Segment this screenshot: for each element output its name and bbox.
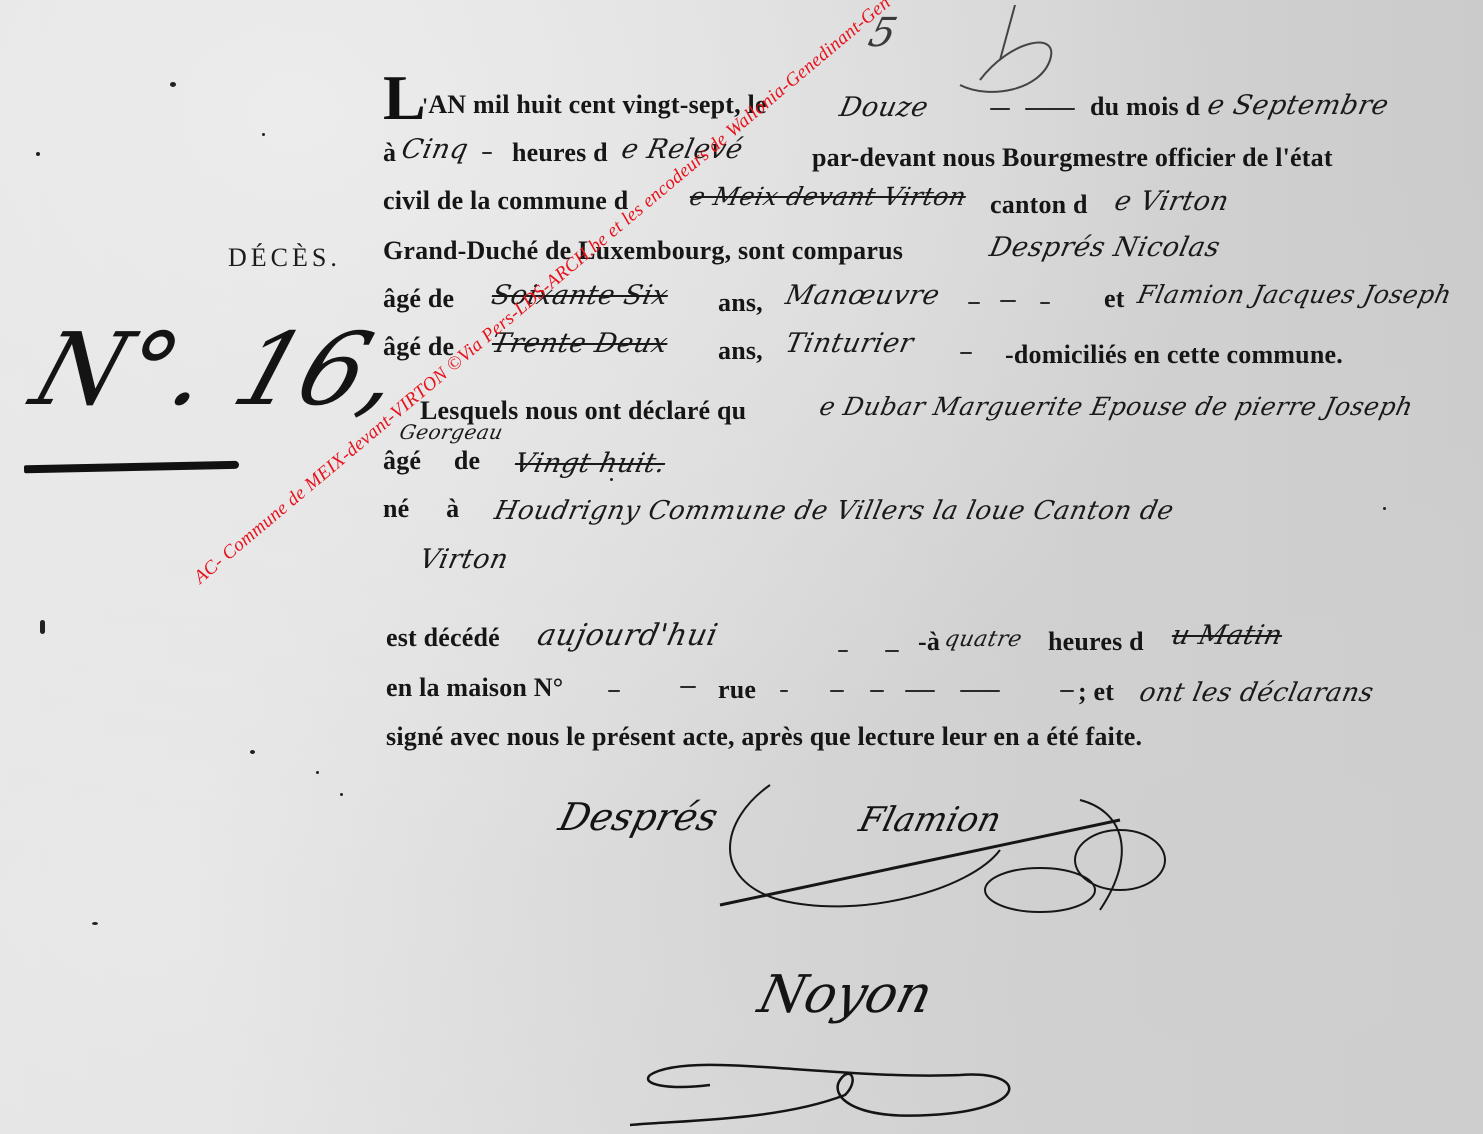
- blank-dash: [960, 690, 1000, 692]
- blank-dash: [830, 690, 844, 692]
- printed-text: rue: [718, 675, 756, 705]
- printed-text: par-devant nous Bourgmestre officier de …: [812, 143, 1333, 173]
- handwritten-witness-1: Després Nicolas: [987, 232, 1223, 263]
- paper-speck: [316, 771, 319, 774]
- printed-text: heures d: [512, 138, 608, 168]
- handwritten-occupation-2: Tinturier: [783, 328, 917, 359]
- paper-speck: [92, 922, 98, 925]
- printed-text: 'AN mil huit cent vingt-sept, le: [422, 90, 767, 120]
- handwritten-surname-continuation: Georgeau: [397, 420, 505, 444]
- printed-text: âgé de: [383, 284, 454, 314]
- acte-number: N°. 16,: [19, 310, 418, 430]
- handwritten-hour: Cinq: [399, 134, 472, 165]
- blank-dash: [885, 650, 899, 652]
- paper-speck: [36, 152, 40, 156]
- handwritten-month: e Septembre: [1205, 90, 1392, 121]
- blank-dash: [870, 690, 884, 692]
- printed-text: -domiciliés en cette commune.: [1005, 340, 1343, 370]
- blank-dash: [1060, 690, 1074, 692]
- printed-text: Grand-Duché de Luxembourg, sont comparus: [383, 236, 903, 266]
- printed-text: né à: [383, 494, 459, 524]
- handwritten-birthplace-continuation: Virton: [417, 544, 512, 575]
- section-label: DÉCÈS.: [228, 243, 341, 273]
- printed-text: ; et: [1078, 677, 1114, 707]
- printed-text: heures d: [1048, 627, 1144, 657]
- printed-text: à: [383, 138, 396, 168]
- printed-text: signé avec nous le présent acte, après q…: [386, 722, 1142, 752]
- handwritten-commune: e Meix devant Virton: [687, 182, 969, 211]
- paper-speck: [250, 750, 255, 754]
- blank-dash: [1025, 108, 1075, 110]
- blank-dash: [960, 352, 972, 354]
- signature-noyon: Noyon: [753, 965, 939, 1025]
- blank-dash: [1040, 302, 1050, 304]
- margin-flourish-mark: [920, 0, 1080, 110]
- blank-dash: [680, 686, 696, 688]
- blank-dash: [482, 152, 492, 154]
- dropcap-letter: L: [383, 70, 426, 126]
- printed-text: ans,: [718, 336, 763, 366]
- printed-text: en la maison N°: [386, 673, 563, 703]
- handwritten-occupation-1: Manœuvre: [783, 280, 943, 311]
- printed-text: -à: [918, 627, 940, 657]
- handwritten-deceased-name: e Dubar Marguerite Epouse de pierre Jose…: [817, 392, 1416, 421]
- paper-speck: [262, 133, 265, 136]
- printed-text: est décédé: [386, 623, 500, 653]
- printed-text: canton d: [990, 190, 1088, 220]
- handwritten-day: Douze: [837, 92, 932, 123]
- acte-number-underline: [24, 461, 239, 474]
- handwritten-deceased-age: Vingt huit.: [512, 448, 669, 479]
- paper-speck: [1383, 507, 1386, 510]
- printed-text: ans,: [718, 288, 763, 318]
- paper-speck: [170, 82, 176, 87]
- blank-dash: [1000, 300, 1016, 302]
- handwritten-death-hour: quatre: [942, 627, 1024, 652]
- printed-text: âgé de: [383, 446, 480, 476]
- printed-text: et: [1104, 284, 1125, 314]
- blank-dash: [905, 690, 935, 692]
- blank-dash: [608, 690, 620, 692]
- paper-speck: [340, 793, 343, 796]
- signature-flourish-noyon: [630, 1050, 1050, 1130]
- blank-dash: [780, 690, 788, 692]
- blank-dash: [968, 302, 980, 304]
- paper-speck: [40, 620, 45, 634]
- blank-dash: [990, 108, 1010, 110]
- printed-text: du mois d: [1090, 92, 1200, 122]
- printed-text: civil de la commune d: [383, 186, 628, 216]
- signature-flourish-flamion: [700, 780, 1160, 930]
- handwritten-death-day: aujourd'hui: [534, 618, 721, 653]
- signature-despres: Després: [555, 795, 723, 839]
- handwritten-declarants: ont les déclarans: [1137, 678, 1377, 708]
- handwritten-death-period: u Matin: [1169, 620, 1286, 651]
- handwritten-canton: e Virton: [1112, 186, 1232, 217]
- handwritten-birthplace: Houdrigny Commune de Villers la loue Can…: [492, 496, 1177, 526]
- handwritten-witness-2: Flamion Jacques Joseph: [1135, 280, 1455, 309]
- handwritten-age-2: Trente Deux: [489, 328, 671, 359]
- blank-dash: [838, 650, 848, 652]
